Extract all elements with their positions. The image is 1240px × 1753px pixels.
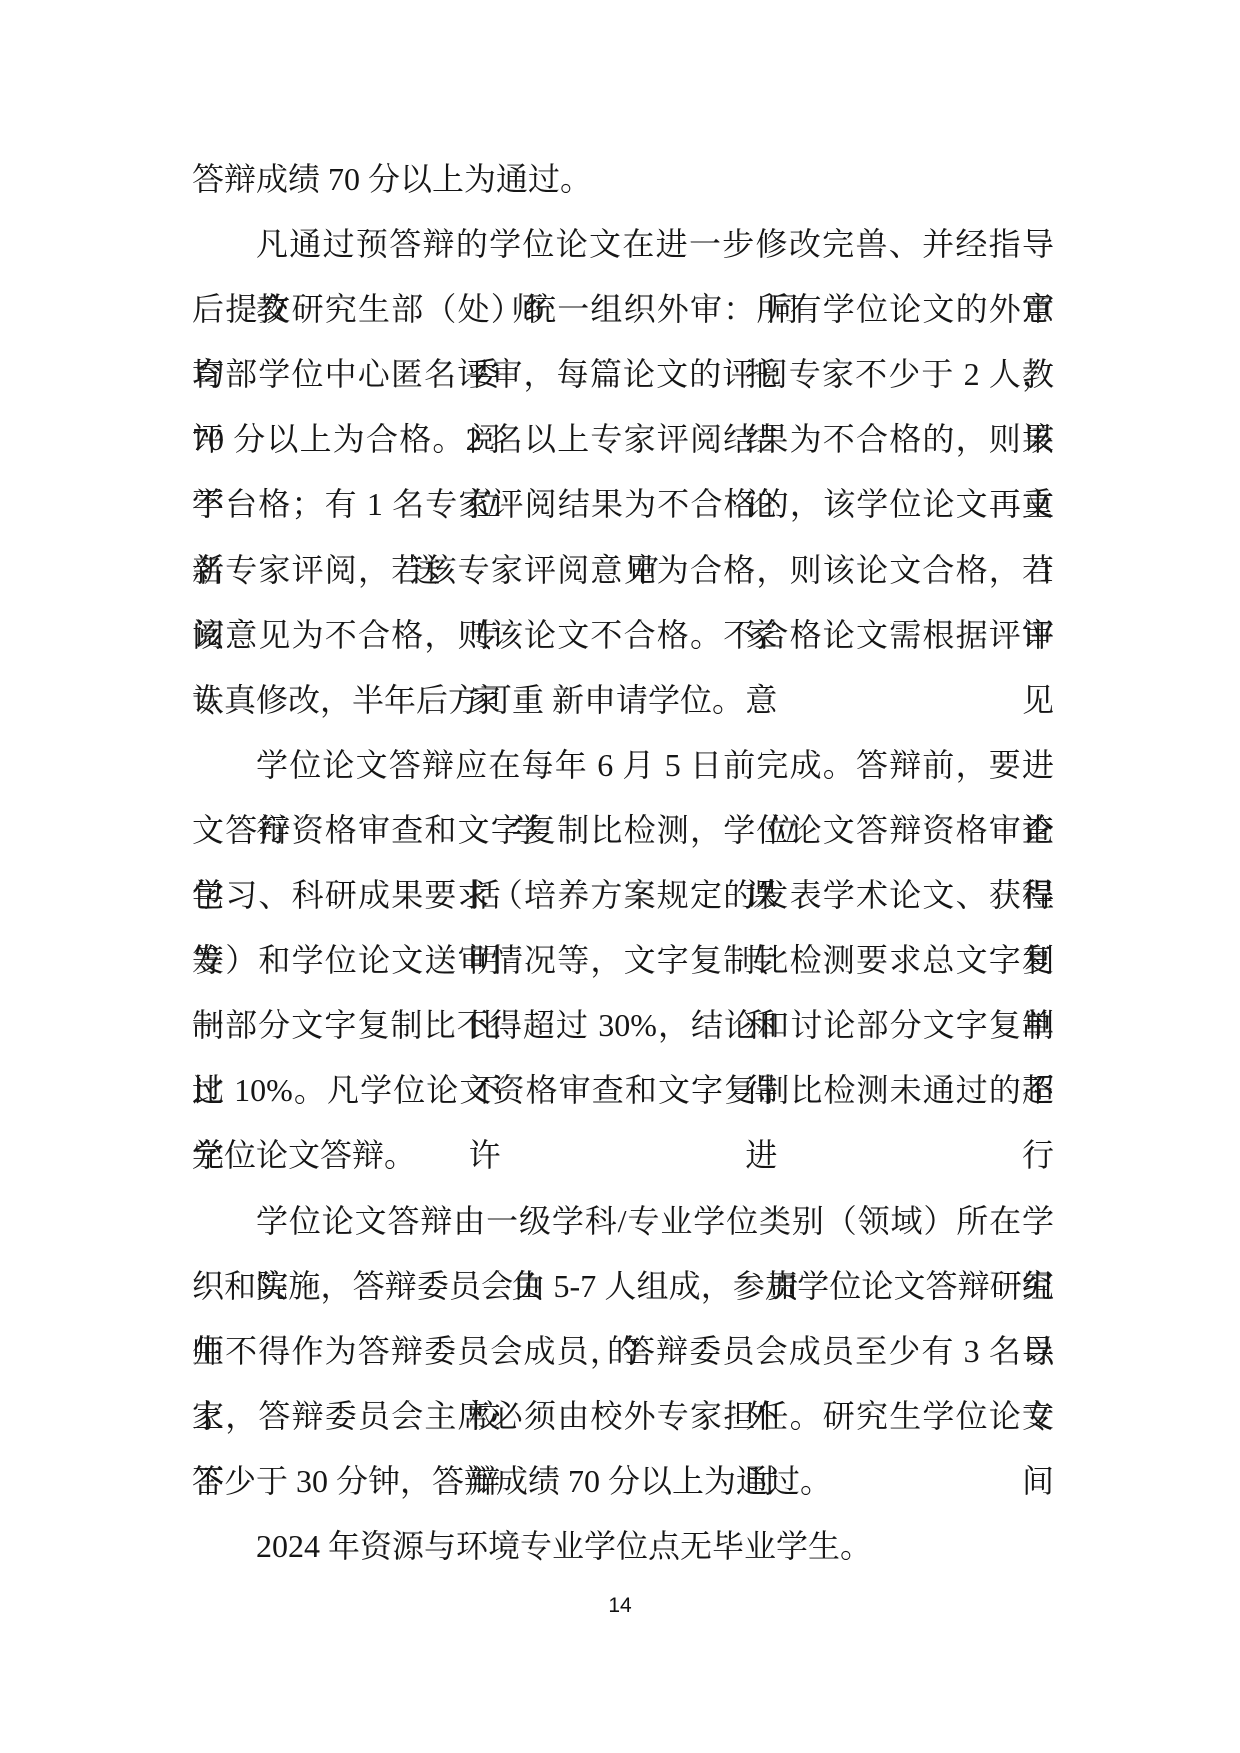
text-line: 文答辩资格审查和文字复制比检测，学位论文答辩资格审查包括课程 bbox=[192, 798, 1054, 863]
text-line: 育部学位中心匿名评审，每篇论文的评阅专家不少于 2 人，评阅结果 bbox=[192, 342, 1054, 407]
text-line: 等）和学位论文送审情况等，文字复制比检测要求总文字复制比和单 bbox=[192, 928, 1054, 993]
text-line: 阅意见为不合格，则该论文不合格。不合格论文需根据评审专家意见 bbox=[192, 603, 1054, 668]
text-line: 家，答辩委员会主席必须由校外专家担任。研究生学位论文答辩时间 bbox=[192, 1384, 1054, 1449]
page-number: 14 bbox=[0, 1592, 1240, 1620]
text-line: 学习、科研成果要求（培养方案规定的发表学术论文、获得发明专利 bbox=[192, 863, 1054, 928]
text-line: 70 分以上为合格。2 名以上专家评阅结果为不合格的，则该学位论文 bbox=[192, 407, 1054, 472]
text-line: 织和实施，答辩委员会由 5-7 人组成，参加学位论文答辩研究生的导 bbox=[192, 1254, 1054, 1319]
text-line: 师不得作为答辩委员会成员，答辩委员会成员至少有 3 名以上校外专 bbox=[192, 1319, 1054, 1384]
text-line: 凡通过预答辩的学位论文在进一步修改完兽、并经指导教师同意 bbox=[192, 212, 1054, 277]
document-page: 答辩成绩 70 分以上为通过。凡通过预答辩的学位论文在进一步修改完兽、并经指导教… bbox=[0, 0, 1240, 1753]
text-line: 一部分文字复制比不得超过 30%，结论和讨论部分文字复制比不得超 bbox=[192, 993, 1054, 1058]
text-line: 名专家评阅，若该专家评阅意见为合格，则该论文合格，若该专家评 bbox=[192, 538, 1054, 603]
text-line: 过 10%。凡学位论文资格审查和文字复制比检测未通过的不允许进行 bbox=[192, 1058, 1054, 1123]
text-line: 学位论文答辩由一级学科/专业学位类别（领域）所在学院负责组 bbox=[192, 1189, 1054, 1254]
text-line: 学位论文答辩应在每年 6 月 5 日前完成。答辩前，要进行学位论 bbox=[192, 733, 1054, 798]
text-line: 答辩成绩 70 分以上为通过。 bbox=[192, 147, 1054, 212]
text-line: 2024 年资源与环境专业学位点无毕业学生。 bbox=[192, 1514, 1054, 1579]
text-line: 不台格；有 1 名专家评阅结果为不合格的，该学位论文再重新送审 1 bbox=[192, 472, 1054, 537]
text-line: 后提交研究生部（处）统一组织外审：所有学位论文的外审均委托教 bbox=[192, 277, 1054, 342]
text-block: 答辩成绩 70 分以上为通过。凡通过预答辩的学位论文在进一步修改完兽、并经指导教… bbox=[192, 147, 1054, 1579]
